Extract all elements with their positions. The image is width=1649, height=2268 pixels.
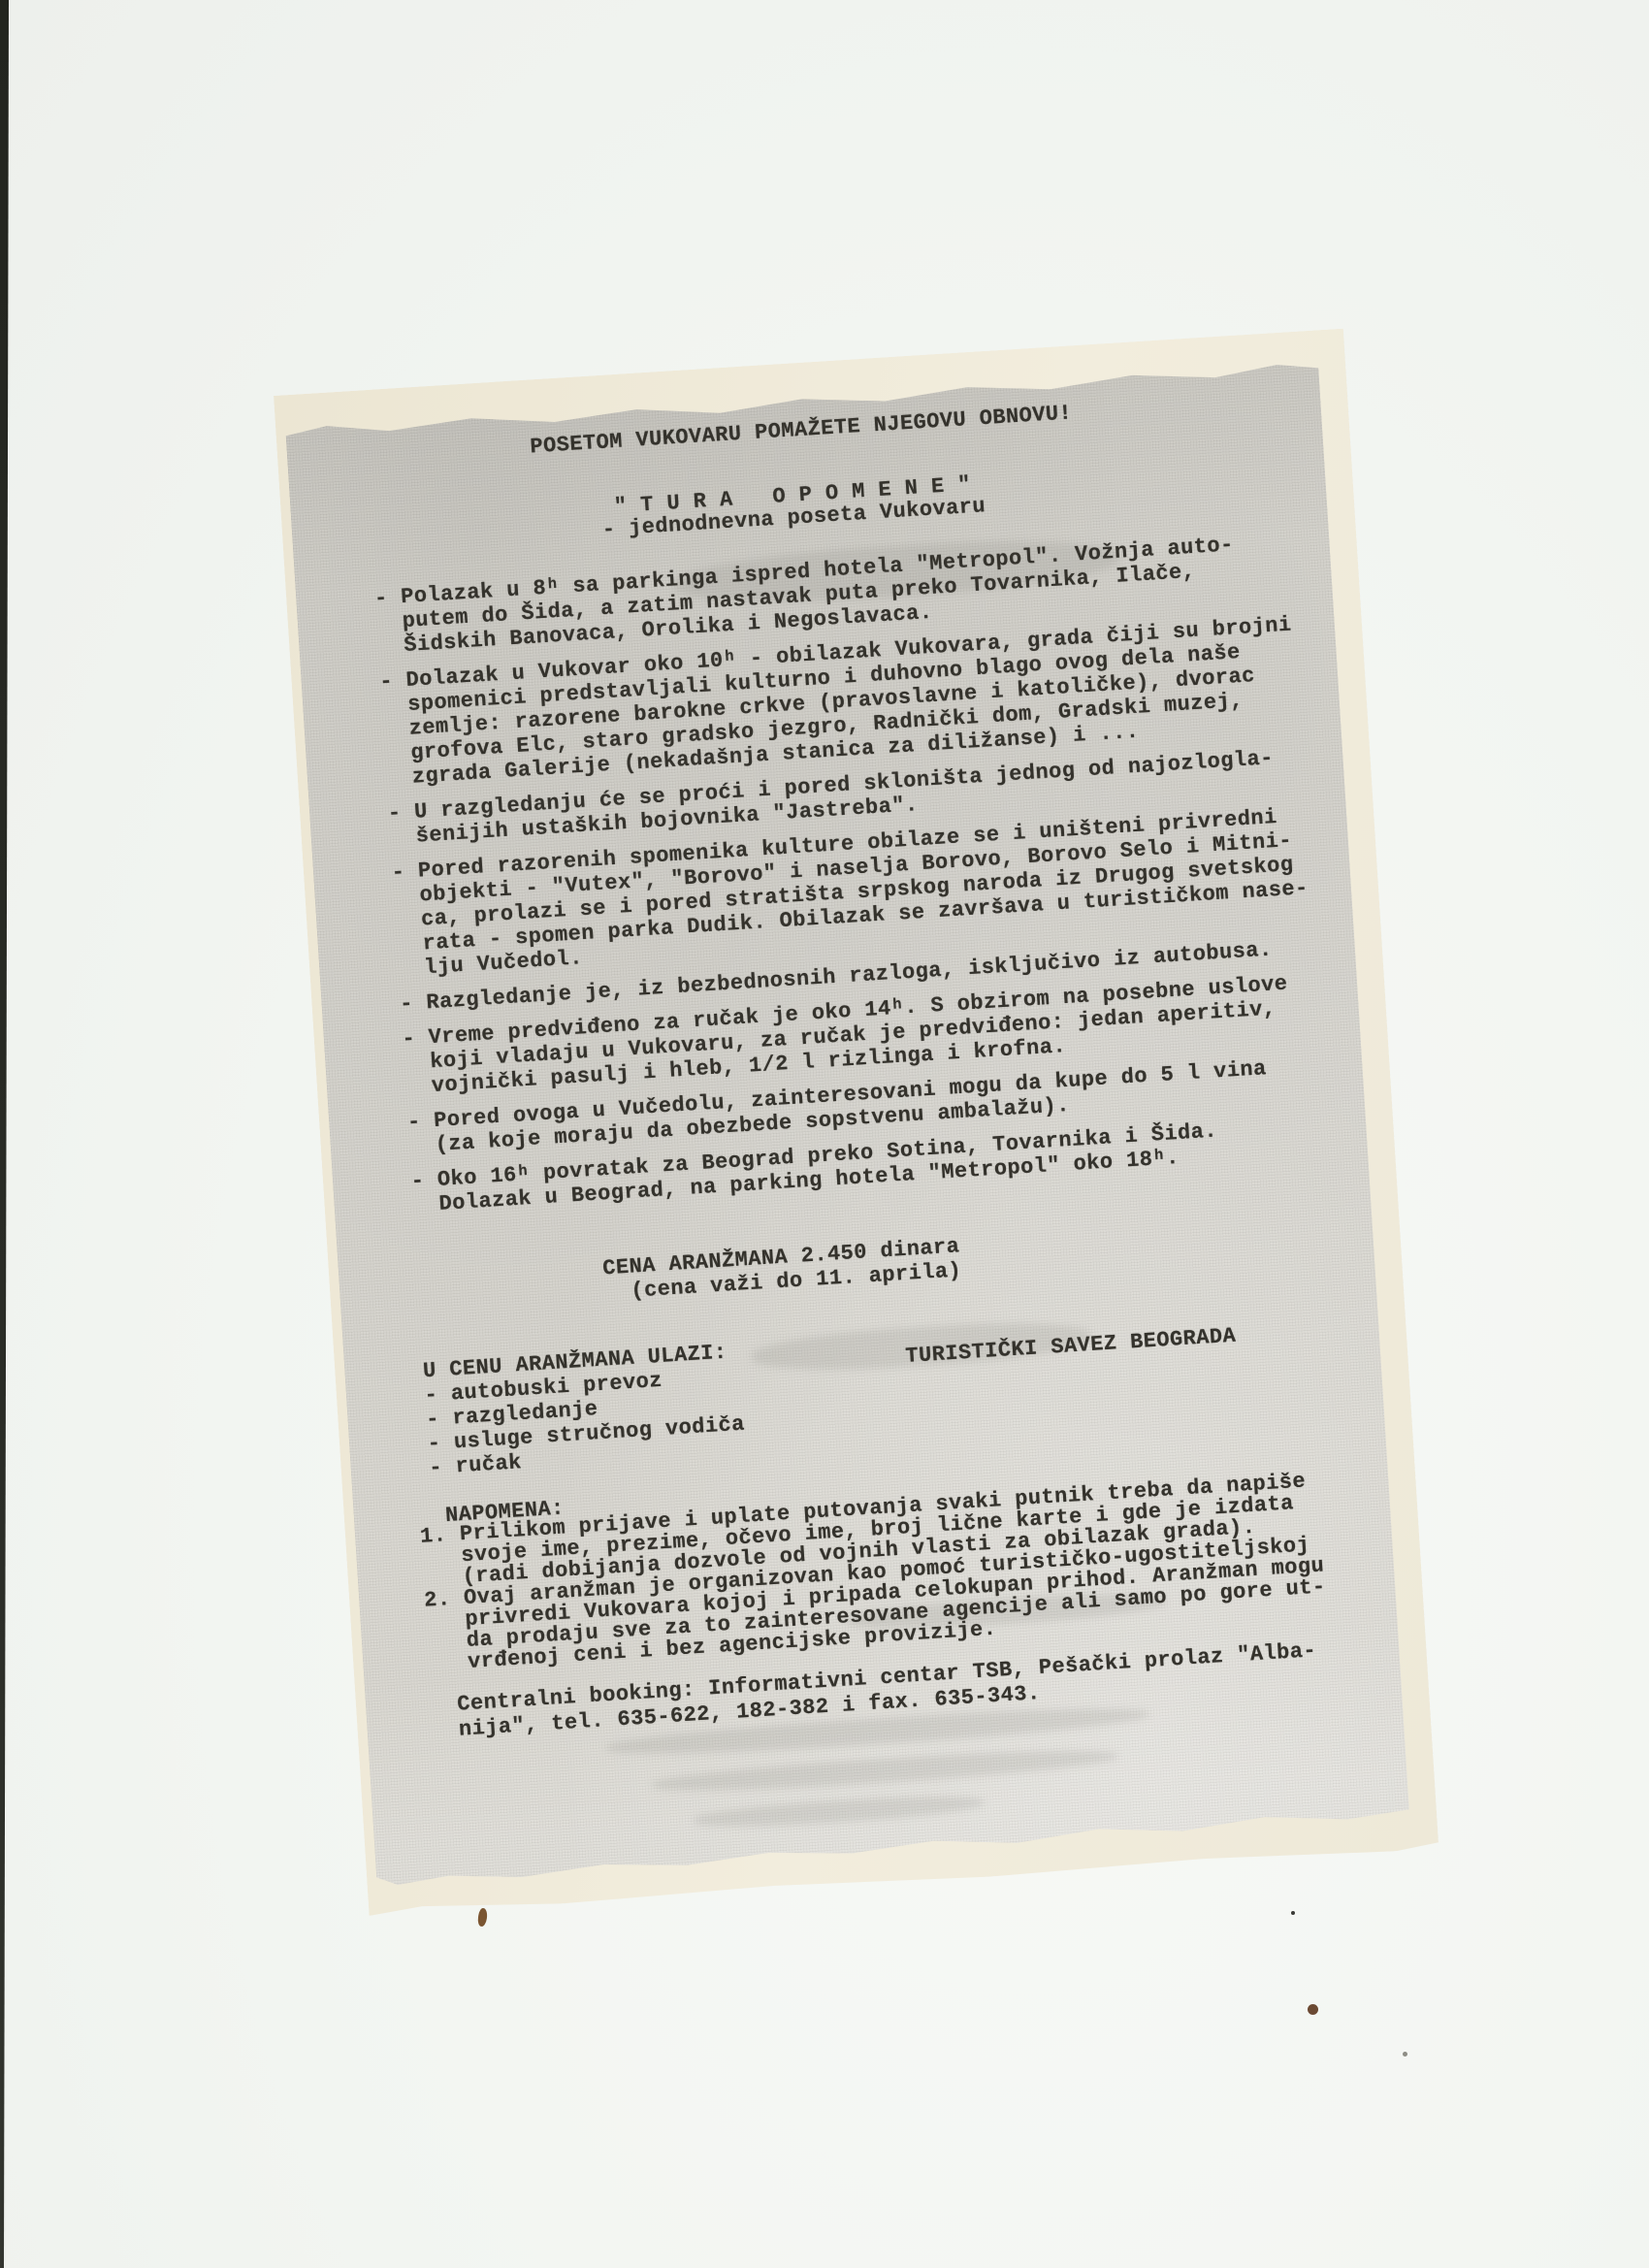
organizer-name: TURISTIČKI SAVEZ BEOGRADA — [905, 1324, 1237, 1369]
scanner-edge-strip — [0, 0, 9, 2268]
stain-speck — [1291, 1911, 1295, 1915]
scanned-flyer-paper: POSETOM VUKOVARU POMAŽETE NJEGOVU OBNOVU… — [274, 329, 1439, 1916]
price-includes-list: U CENU ARANŽMANA ULAZI: - autobuski prev… — [409, 1340, 747, 1481]
stain-speck — [1308, 2004, 1318, 2015]
scanned-document-background: POSETOM VUKOVARU POMAŽETE NJEGOVU OBNOVU… — [0, 0, 1649, 2268]
stain-speck — [477, 1907, 489, 1927]
flyer-text: POSETOM VUKOVARU POMAŽETE NJEGOVU OBNOVU… — [274, 329, 1439, 1916]
stain-speck — [1403, 2052, 1407, 2057]
